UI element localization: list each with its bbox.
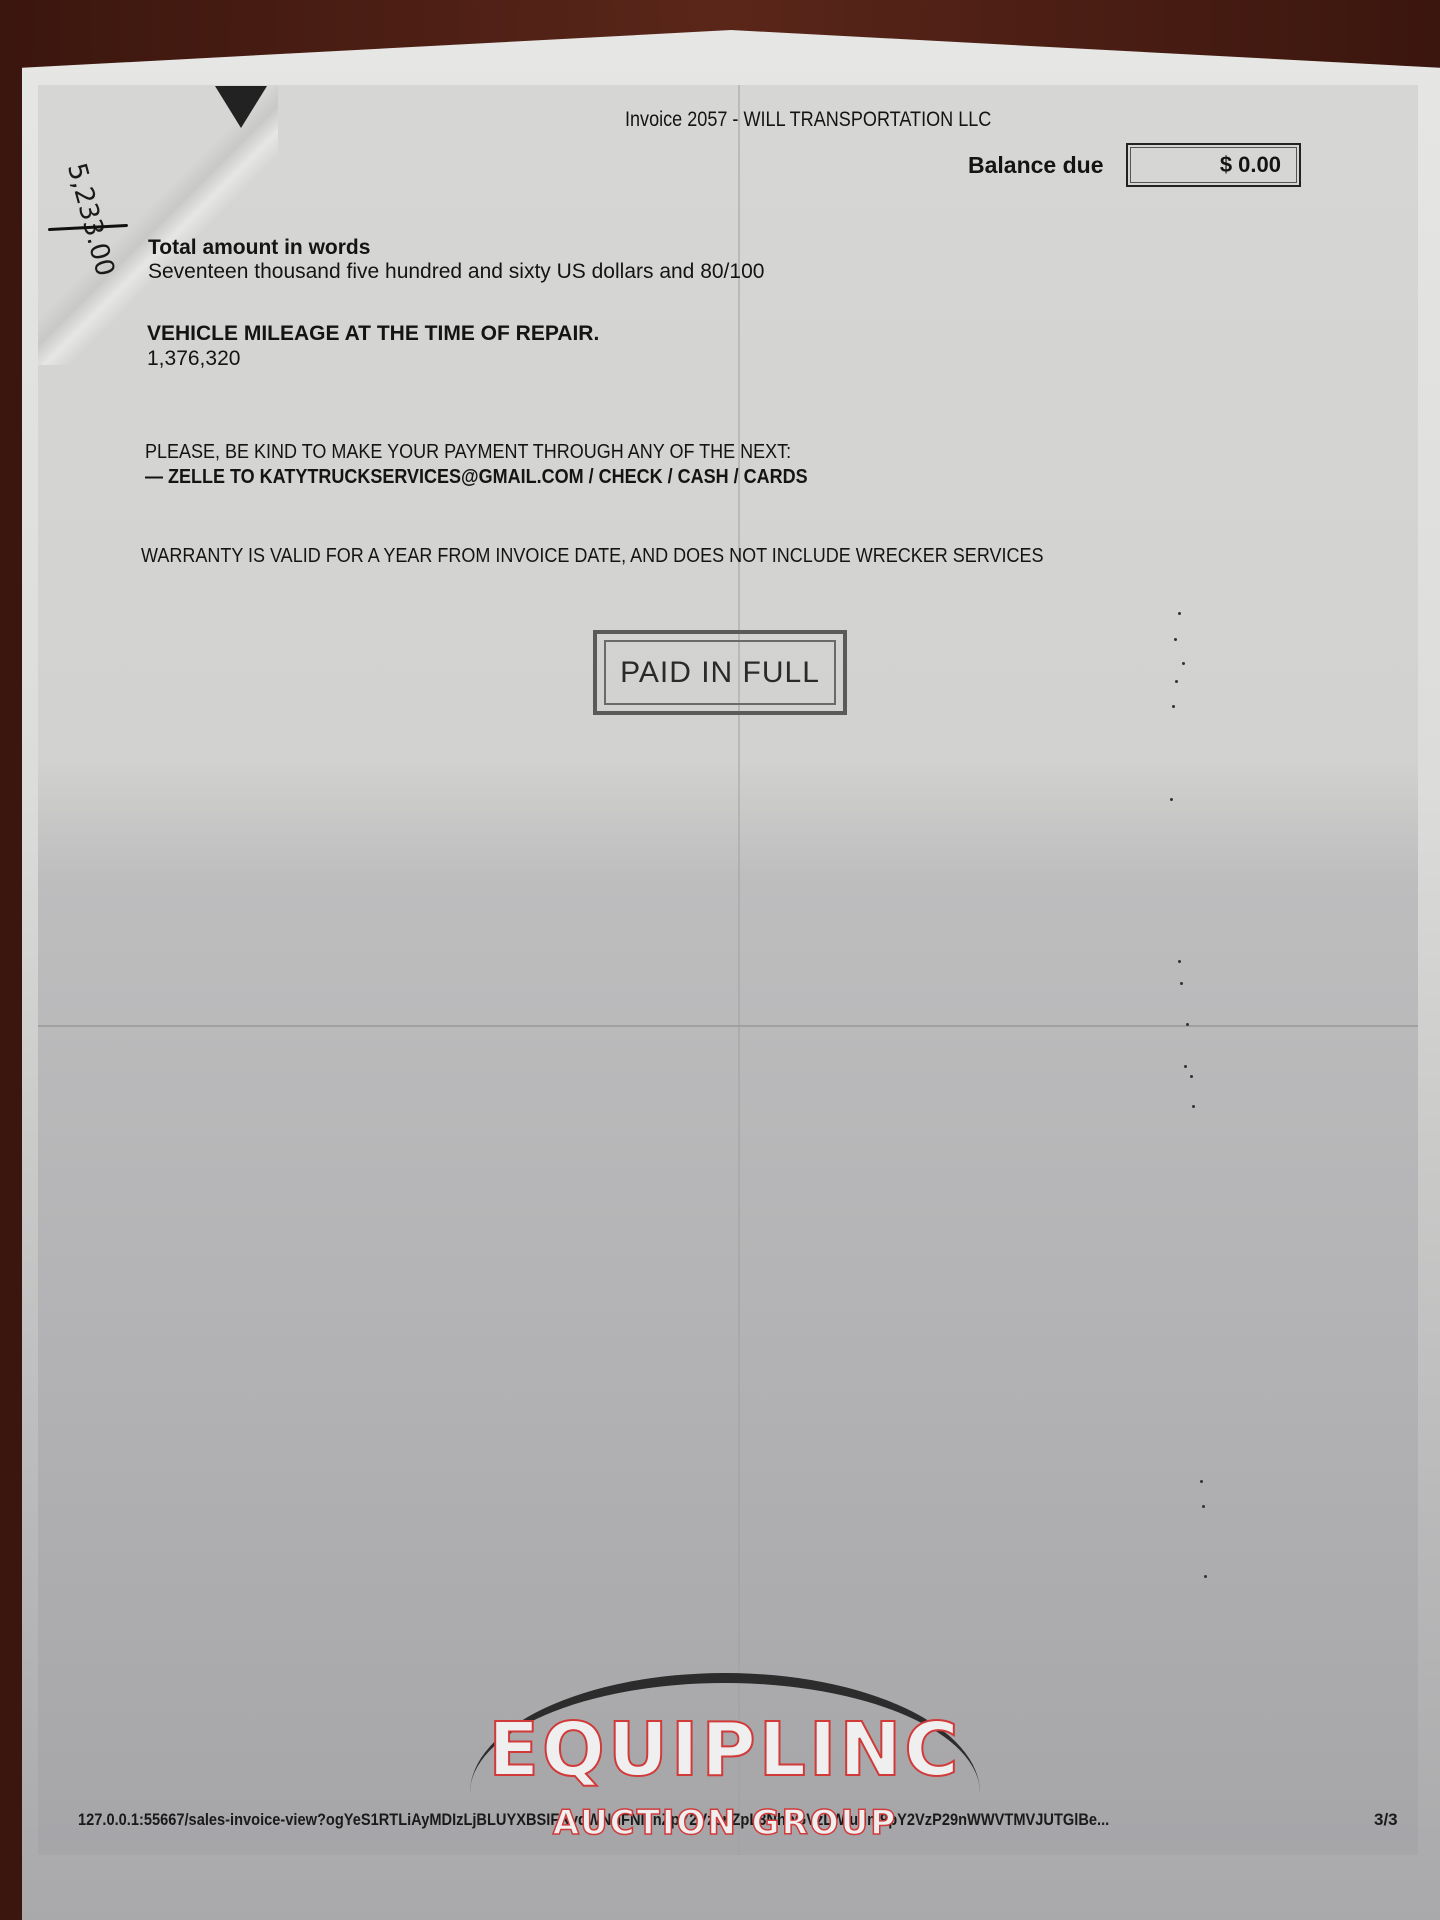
payment-methods: — ZELLE TO KATYTRUCKSERVICES@GMAIL.COM /… (145, 466, 808, 489)
toner-specks (1160, 600, 1200, 1600)
mileage-label: VEHICLE MILEAGE AT THE TIME OF REPAIR. (147, 322, 599, 346)
total-words-value: Seventeen thousand five hundred and sixt… (148, 260, 764, 284)
logo-sub-text: AUCTION GROUP (470, 1803, 980, 1843)
logo-main-text: EQUIPLINC (470, 1707, 980, 1793)
horizontal-fold-crease (38, 1025, 1418, 1027)
paid-in-full-stamp: PAID IN FULL (593, 630, 847, 715)
balance-due-box: $ 0.00 (1126, 143, 1301, 187)
total-words-label: Total amount in words (148, 236, 370, 260)
page-number: 3/3 (1374, 1810, 1398, 1830)
invoice-header: Invoice 2057 - WILL TRANSPORTATION LLC (625, 108, 991, 132)
balance-due-value: $ 0.00 (1220, 152, 1281, 178)
balance-due-label: Balance due (968, 152, 1104, 179)
stamp-text: PAID IN FULL (604, 640, 836, 705)
payment-instructions-intro: PLEASE, BE KIND TO MAKE YOUR PAYMENT THR… (145, 441, 791, 464)
warranty-note: WARRANTY IS VALID FOR A YEAR FROM INVOIC… (141, 545, 1044, 568)
vertical-fold-crease (738, 85, 740, 1855)
mileage-value: 1,376,320 (147, 347, 240, 371)
equiplinc-watermark-logo: EQUIPLINC AUCTION GROUP (470, 1665, 980, 1855)
corner-shadow (215, 86, 267, 128)
